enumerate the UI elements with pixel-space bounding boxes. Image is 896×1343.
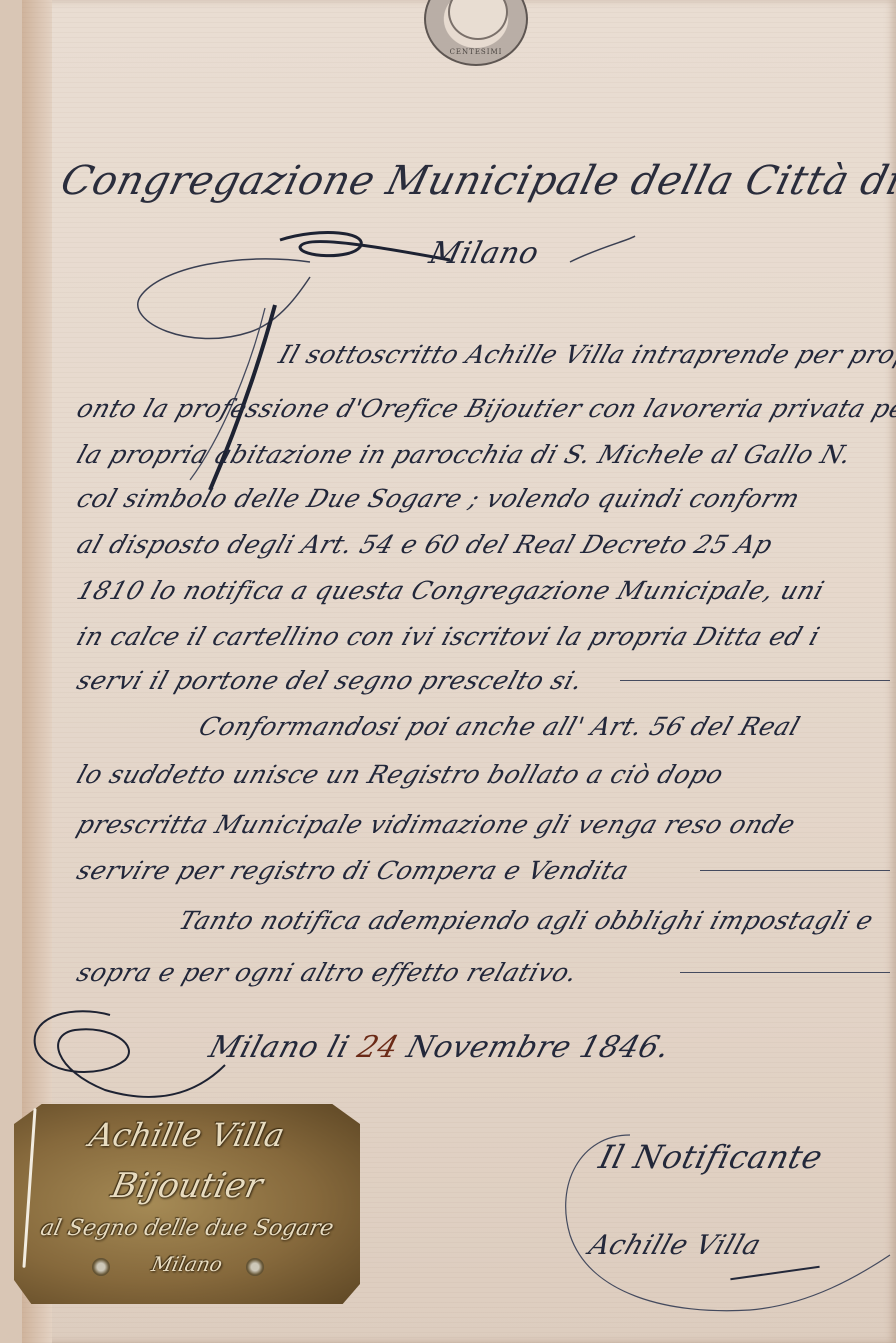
plaque-sign: al Segno delle due Sogare bbox=[11, 1216, 362, 1241]
body-line-3: la propria abitazione in parocchia di S.… bbox=[73, 440, 855, 469]
body-line-5: al disposto degli Art. 54 e 60 del Real … bbox=[73, 530, 776, 559]
body-line-14: sopra e per ogni altro effetto relativo. bbox=[73, 958, 581, 987]
date-flourish-icon bbox=[15, 1005, 235, 1105]
fill-line bbox=[680, 972, 890, 973]
date-month-year: Novembre 1846. bbox=[403, 1030, 674, 1065]
signature: Achille Villa bbox=[585, 1230, 765, 1261]
plaque-trade: Bijoutier bbox=[10, 1166, 365, 1206]
seal-text: CENTESIMI bbox=[426, 48, 526, 56]
body-line-2: onto la professione d'Orefice Bijoutier … bbox=[73, 394, 896, 423]
letter-city: Milano bbox=[426, 236, 543, 271]
date-prefix: Milano li bbox=[205, 1030, 353, 1065]
brass-plaque: Achille Villa Bijoutier al Segno delle d… bbox=[14, 1104, 360, 1304]
body-line-9: Conformandosi poi anche all' Art. 56 del… bbox=[195, 712, 804, 741]
body-line-11: prescritta Municipale vidimazione gli ve… bbox=[73, 810, 799, 839]
letter-title: Congregazione Municipale della Città di bbox=[56, 158, 896, 204]
body-line-12: servire per registro di Compera e Vendit… bbox=[73, 856, 632, 885]
body-line-13: Tanto notifica adempiendo agli obblighi … bbox=[175, 906, 877, 935]
body-line-8: servi il portone del segno prescelto si. bbox=[73, 666, 587, 695]
body-line-7: in calce il cartellino con ivi iscritovi… bbox=[73, 622, 823, 651]
date-day: 24 bbox=[353, 1030, 402, 1065]
rivet-icon bbox=[92, 1258, 110, 1276]
plaque-name: Achille Villa bbox=[10, 1116, 364, 1154]
fill-line bbox=[700, 870, 890, 871]
notifier-label: Il Notificante bbox=[595, 1138, 826, 1176]
date-line: Milano li 24 Novembre 1846. bbox=[205, 1030, 674, 1065]
rivet-icon bbox=[246, 1258, 264, 1276]
plaque-city: Milano bbox=[11, 1252, 362, 1276]
body-line-6: 1810 lo notifica a questa Congregazione … bbox=[73, 576, 828, 605]
body-line-1: Il sottoscritto Achille Villa intraprend… bbox=[275, 340, 896, 369]
body-line-10: lo suddetto unisce un Registro bollato a… bbox=[73, 760, 727, 789]
fill-line bbox=[620, 680, 890, 681]
seal-center bbox=[448, 0, 508, 40]
body-line-4: col simbolo delle Due Sogare ; volendo q… bbox=[73, 484, 803, 513]
